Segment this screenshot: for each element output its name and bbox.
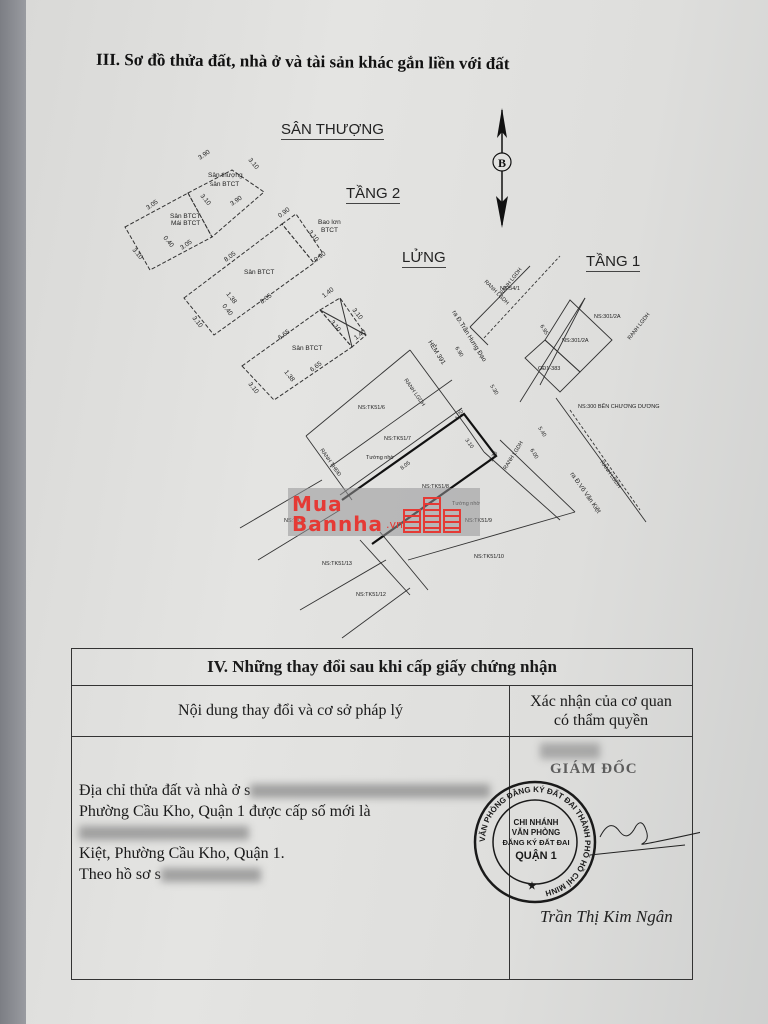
svg-text:NS:TK51/6: NS:TK51/6	[358, 405, 385, 411]
svg-text:3.10: 3.10	[130, 247, 144, 261]
svg-text:RANH THĐĐ: RANH THĐĐ	[318, 448, 341, 478]
changes-table: IV. Những thay đổi sau khi cấp giấy chứn…	[71, 648, 693, 980]
signer-name: Trần Thị Kim Ngân	[540, 907, 673, 927]
svg-text:★: ★	[528, 881, 537, 892]
site-labels: NS:54/1 RANH LGDH RANH LGDH ra Đ.Trần Hư…	[284, 267, 659, 598]
column-header-confirmation: Xác nhận của cơ quan có thẩm quyền	[510, 686, 693, 737]
svg-text:3.10: 3.10	[306, 229, 320, 244]
site-plan	[240, 256, 646, 638]
svg-text:0.40: 0.40	[161, 235, 175, 249]
svg-text:NS:TK51/10: NS:TK51/10	[474, 554, 504, 560]
svg-text:Bao lơn: Bao lơn	[318, 219, 341, 226]
svg-text:1.20: 1.20	[489, 451, 500, 463]
svg-text:BTCT: BTCT	[321, 227, 338, 234]
column-header-content: Nội dung thay đổi và cơ sở pháp lý	[72, 686, 510, 737]
watermark-line1: Mua	[292, 494, 343, 514]
svg-text:8.05: 8.05	[223, 250, 238, 263]
floor2-labels: Bao lơn BTCT Sân BTCT 8.05 8.05 0.90 3.1…	[190, 206, 341, 329]
section-4-title: IV. Những thay đổi sau khi cấp giấy chứn…	[72, 649, 693, 686]
svg-text:3.10: 3.10	[246, 381, 260, 396]
svg-text:6.00: 6.00	[528, 448, 539, 460]
building-logo-icon	[402, 496, 462, 534]
svg-text:3.10: 3.10	[198, 193, 212, 207]
svg-text:CHI NHÁNH: CHI NHÁNH	[514, 818, 559, 827]
svg-text:0.40: 0.40	[220, 303, 234, 318]
svg-text:HẺM 391: HẺM 391	[426, 338, 448, 366]
land-plot-diagram: B Sân thượng sân BTCT Sân BTCT Mái BTCT …	[0, 0, 768, 650]
svg-text:Sân BTCT: Sân BTCT	[244, 269, 274, 276]
svg-text:3.05: 3.05	[179, 238, 194, 251]
svg-text:5.30: 5.30	[488, 384, 499, 396]
svg-text:3.90: 3.90	[229, 194, 244, 207]
svg-text:RANH LGDH: RANH LGDH	[598, 460, 622, 490]
svg-text:Sân BTCT: Sân BTCT	[292, 345, 322, 352]
svg-text:Mái BTCT: Mái BTCT	[171, 220, 200, 227]
svg-text:6.90: 6.90	[453, 346, 464, 358]
svg-text:0.90: 0.90	[277, 206, 292, 219]
watermark-line2: Bannha	[292, 514, 383, 534]
svg-text:Tường nhờ: Tường nhờ	[366, 455, 394, 461]
svg-text:NS:TK51/13: NS:TK51/13	[322, 561, 352, 567]
svg-text:1.38: 1.38	[282, 369, 296, 384]
director-title: GIÁM ĐỐC	[550, 761, 638, 778]
svg-text:8.05: 8.05	[400, 460, 412, 471]
official-stamp-icon: VĂN PHÒNG ĐĂNG KÝ ĐẤT ĐAI THÀNH PHỐ HỒ C…	[470, 777, 600, 907]
svg-text:NS:301/2A: NS:301/2A	[594, 314, 621, 320]
svg-text:ra Đ.Võ Văn Kiệt: ra Đ.Võ Văn Kiệt	[568, 471, 602, 515]
svg-text:NS:TK51/7: NS:TK51/7	[384, 436, 411, 442]
change-description: Địa chỉ thửa đất và nhà ở s Phường Cầu K…	[73, 738, 508, 885]
svg-text:OĐ1-383: OĐ1-383	[538, 366, 560, 372]
svg-text:ra Đ.Trần Hưng Đạo: ra Đ.Trần Hưng Đạo	[450, 308, 489, 363]
svg-text:0.90: 0.90	[313, 250, 328, 263]
svg-text:NS:TK51/12: NS:TK51/12	[356, 592, 386, 598]
svg-text:6.95: 6.95	[538, 324, 549, 336]
svg-text:6.65: 6.65	[277, 328, 292, 341]
svg-text:3.10: 3.10	[190, 315, 204, 330]
change-content-cell: Địa chỉ thửa đất và nhà ở s Phường Cầu K…	[72, 737, 510, 980]
north-arrow-icon: B	[493, 108, 511, 228]
svg-text:QUẬN 1: QUẬN 1	[515, 849, 557, 862]
svg-text:8.05: 8.05	[259, 292, 274, 305]
redacted-date	[540, 743, 600, 759]
svg-text:3.10: 3.10	[246, 157, 260, 171]
svg-text:3.90: 3.90	[197, 148, 212, 161]
svg-text:NS:301/2A: NS:301/2A	[562, 338, 589, 344]
svg-text:3.10: 3.10	[350, 307, 364, 322]
svg-text:ĐĂNG KÝ ĐẤT ĐAI: ĐĂNG KÝ ĐẤT ĐAI	[502, 837, 569, 847]
svg-text:sân BTCT: sân BTCT	[210, 181, 239, 188]
svg-text:1.40: 1.40	[321, 286, 336, 299]
svg-text:NS:300 BẾN CHƯƠNG DƯƠNG: NS:300 BẾN CHƯƠNG DƯƠNG	[578, 403, 659, 410]
svg-text:RANH LGDH: RANH LGDH	[402, 378, 426, 408]
svg-text:B: B	[498, 156, 506, 170]
rooftop-labels: Sân thượng sân BTCT Sân BTCT Mái BTCT 3.…	[130, 148, 260, 261]
watermark-logo: Mua Bannha .vn	[288, 488, 480, 536]
svg-text:RANH LGDH: RANH LGDH	[627, 312, 652, 341]
svg-text:3.10: 3.10	[463, 438, 474, 450]
svg-text:RANH LGDH: RANH LGDH	[503, 440, 525, 471]
svg-text:VĂN PHÒNG: VĂN PHÒNG	[512, 828, 560, 837]
svg-text:Sân BTCT: Sân BTCT	[170, 213, 200, 220]
confirmation-cell: GIÁM ĐỐC VĂN PHÒNG ĐĂNG KÝ ĐẤT ĐAI THÀNH…	[510, 737, 693, 980]
svg-text:5.40: 5.40	[536, 426, 547, 438]
svg-text:Sân thượng: Sân thượng	[208, 172, 243, 179]
signature-icon	[590, 807, 700, 867]
watermark-suffix: .vn	[386, 518, 403, 531]
